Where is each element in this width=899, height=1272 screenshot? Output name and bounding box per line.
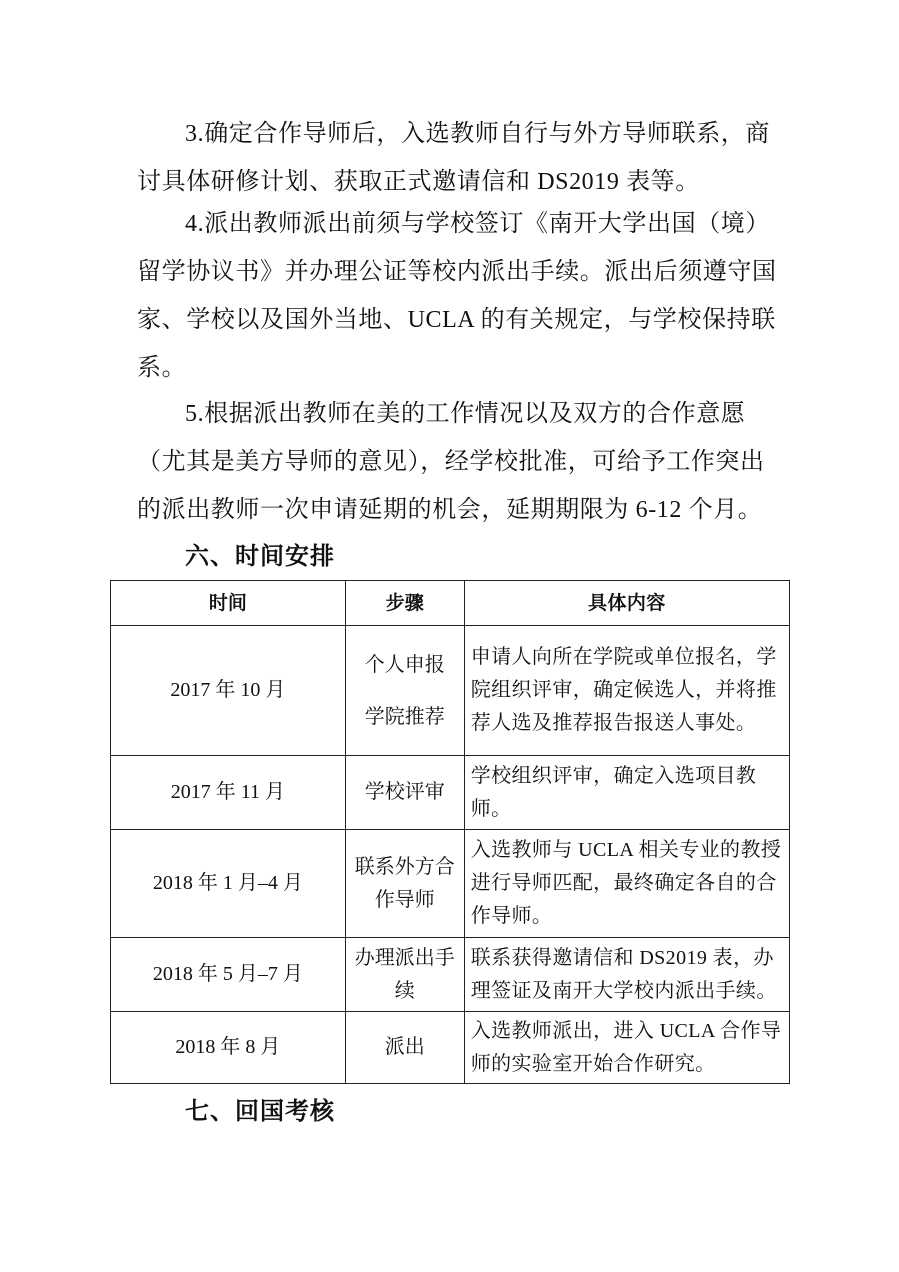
cell-time: 2017 年 10 月 (111, 626, 346, 756)
paragraph-line: 5.根据派出教师在美的工作情况以及双方的合作意愿 (137, 390, 777, 438)
paragraph-item-5: 5.根据派出教师在美的工作情况以及双方的合作意愿 （尤其是美方导师的意见），经学… (137, 390, 777, 534)
cell-step: 派出 (345, 1012, 464, 1084)
cell-time: 2017 年 11 月 (111, 756, 346, 830)
paragraph-line: 的派出教师一次申请延期的机会，延期期限为 6-12 个月。 (137, 486, 777, 534)
column-header-time: 时间 (111, 581, 346, 626)
step-line: 联系外方合 (352, 851, 458, 884)
step-line: 派出 (352, 1031, 458, 1064)
step-line: 办理派出手 (352, 942, 458, 975)
paragraph-line: 家、学校以及国外当地、UCLA 的有关规定，与学校保持联 (137, 296, 777, 344)
cell-detail: 入选教师派出，进入 UCLA 合作导师的实验室开始合作研究。 (464, 1012, 789, 1084)
paragraph-line: 留学协议书》并办理公证等校内派出手续。派出后须遵守国 (137, 248, 777, 296)
cell-detail: 入选教师与 UCLA 相关专业的教授进行导师匹配，最终确定各自的合作导师。 (464, 830, 789, 938)
paragraph-line: （尤其是美方导师的意见），经学校批准，可给予工作突出 (137, 438, 777, 486)
paragraph-item-4: 4.派出教师派出前须与学校签订《南开大学出国（境） 留学协议书》并办理公证等校内… (137, 200, 777, 392)
section-heading-schedule: 六、时间安排 (185, 537, 335, 577)
column-header-step: 步骤 (345, 581, 464, 626)
step-line: 学院推荐 (352, 691, 458, 743)
step-line: 个人申报 (352, 639, 458, 691)
section-heading-return-assessment: 七、回国考核 (185, 1092, 335, 1132)
cell-detail: 学校组织评审，确定入选项目教师。 (464, 756, 789, 830)
cell-step: 学校评审 (345, 756, 464, 830)
cell-time: 2018 年 1 月–4 月 (111, 830, 346, 938)
document-page: 3.确定合作导师后，入选教师自行与外方导师联系，商 讨具体研修计划、获取正式邀请… (0, 0, 899, 1272)
step-line: 学校评审 (352, 776, 458, 809)
paragraph-line: 4.派出教师派出前须与学校签订《南开大学出国（境） (137, 200, 777, 248)
step-line: 作导师 (352, 884, 458, 917)
table-header-row: 时间 步骤 具体内容 (111, 581, 790, 626)
step-line: 续 (352, 975, 458, 1008)
table-row: 2018 年 1 月–4 月 联系外方合 作导师 入选教师与 UCLA 相关专业… (111, 830, 790, 938)
paragraph-line: 讨具体研修计划、获取正式邀请信和 DS2019 表等。 (137, 158, 777, 206)
cell-step: 联系外方合 作导师 (345, 830, 464, 938)
cell-detail: 申请人向所在学院或单位报名，学院组织评审，确定候选人，并将推荐人选及推荐报告报送… (464, 626, 789, 756)
cell-time: 2018 年 8 月 (111, 1012, 346, 1084)
table-row: 2018 年 5 月–7 月 办理派出手 续 联系获得邀请信和 DS2019 表… (111, 938, 790, 1012)
table-row: 2018 年 8 月 派出 入选教师派出，进入 UCLA 合作导师的实验室开始合… (111, 1012, 790, 1084)
cell-step: 个人申报 学院推荐 (345, 626, 464, 756)
paragraph-item-3: 3.确定合作导师后，入选教师自行与外方导师联系，商 讨具体研修计划、获取正式邀请… (137, 110, 777, 206)
table-row: 2017 年 11 月 学校评审 学校组织评审，确定入选项目教师。 (111, 756, 790, 830)
table-row: 2017 年 10 月 个人申报 学院推荐 申请人向所在学院或单位报名，学院组织… (111, 626, 790, 756)
paragraph-line: 系。 (137, 344, 777, 392)
schedule-table: 时间 步骤 具体内容 2017 年 10 月 个人申报 学院推荐 申请人向所在学… (110, 580, 790, 1084)
column-header-detail: 具体内容 (464, 581, 789, 626)
cell-time: 2018 年 5 月–7 月 (111, 938, 346, 1012)
paragraph-line: 3.确定合作导师后，入选教师自行与外方导师联系，商 (137, 110, 777, 158)
cell-detail: 联系获得邀请信和 DS2019 表，办理签证及南开大学校内派出手续。 (464, 938, 789, 1012)
cell-step: 办理派出手 续 (345, 938, 464, 1012)
